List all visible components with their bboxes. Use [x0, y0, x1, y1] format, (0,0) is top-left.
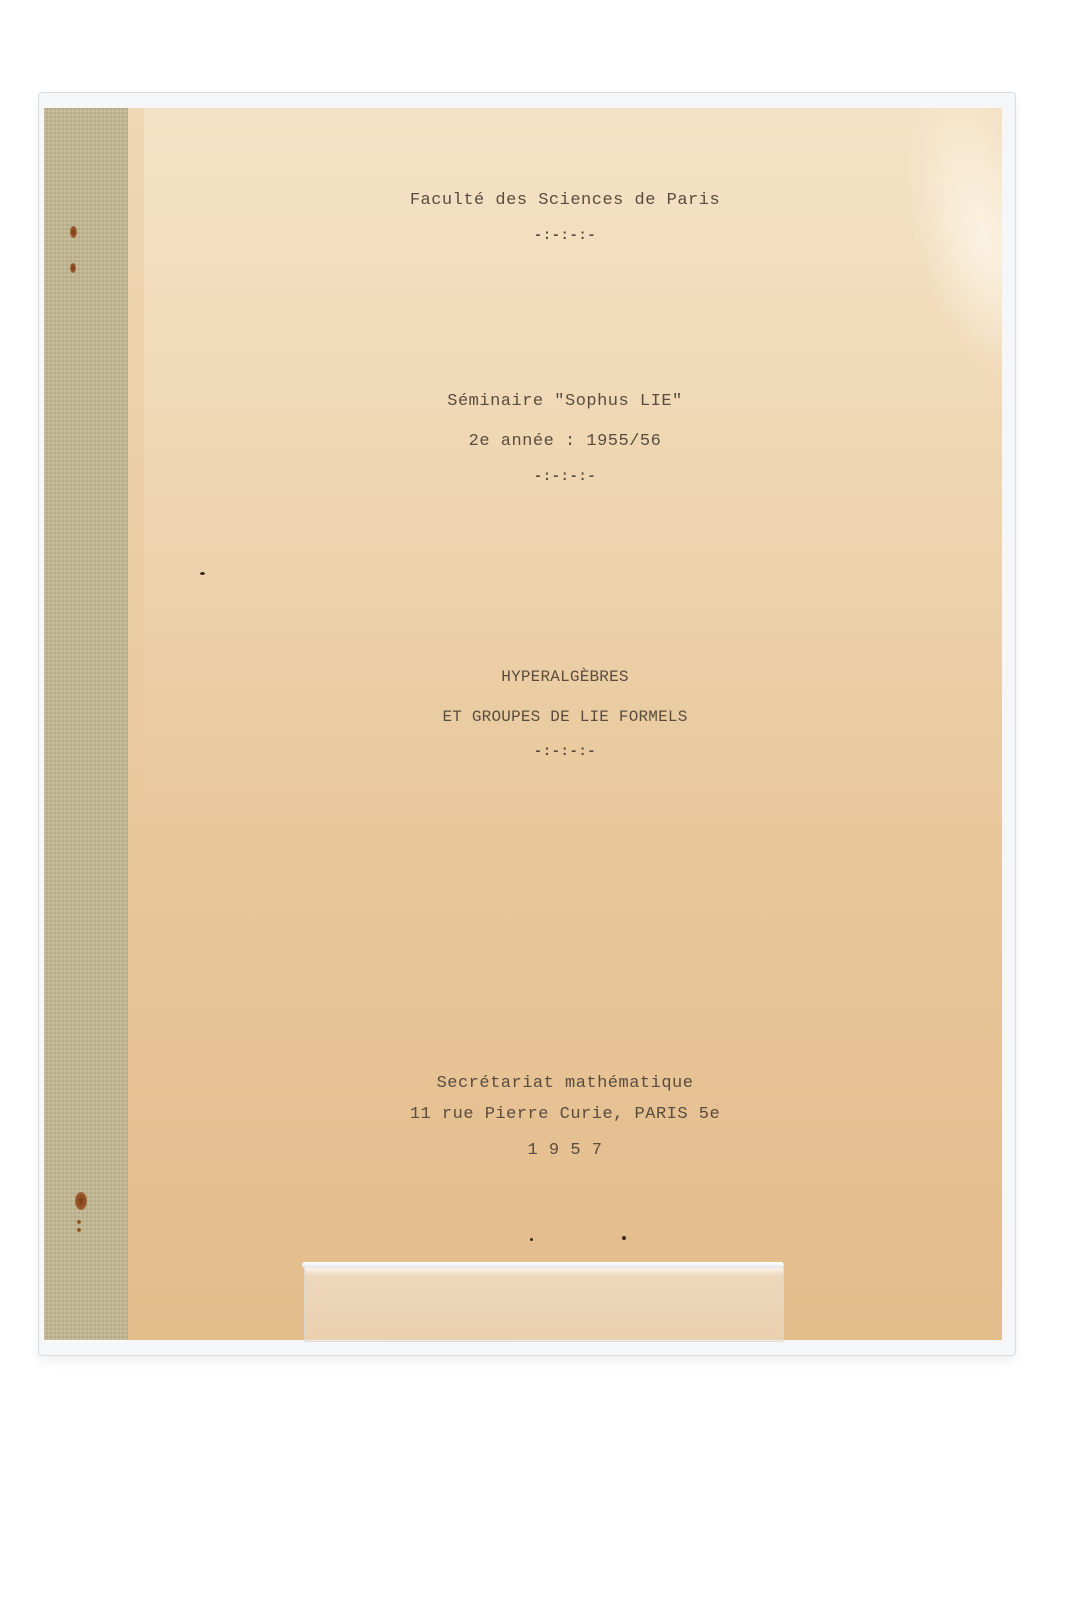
title-line-1: HYPERALGÈBRES	[128, 657, 1002, 697]
publication-year: 1 9 5 7	[128, 1131, 1002, 1171]
spine-stain	[77, 1228, 81, 1232]
spine-stain	[75, 1192, 87, 1210]
title-block: HYPERALGÈBRES ET GROUPES DE LIE FORMELS …	[128, 657, 1002, 767]
booklet-cover: Faculté des Sciences de Paris -:-:-:- Sé…	[44, 108, 1002, 1340]
institution-block: Faculté des Sciences de Paris -:-:-:-	[128, 181, 1002, 251]
spine-stain	[70, 263, 76, 273]
acrylic-stand-lip	[302, 1262, 784, 1268]
spine-stain	[77, 1220, 81, 1224]
publisher-block: Secrétariat mathématique 11 rue Pierre C…	[128, 1069, 1002, 1171]
spine-stain	[70, 226, 77, 238]
seminar-block: Séminaire "Sophus LIE" 2e année : 1955/5…	[128, 382, 1002, 492]
institution-name: Faculté des Sciences de Paris	[128, 181, 1002, 221]
paper-speck	[622, 1236, 626, 1240]
title-line-2: ET GROUPES DE LIE FORMELS	[128, 697, 1002, 737]
seminar-name: Séminaire "Sophus LIE"	[128, 382, 1002, 422]
cloth-spine	[44, 108, 128, 1340]
separator: -:-:-:-	[128, 221, 1002, 251]
photo-scene: Faculté des Sciences de Paris -:-:-:- Sé…	[0, 0, 1067, 1600]
seminar-year: 2e année : 1955/56	[128, 422, 1002, 462]
publisher-name: Secrétariat mathématique	[128, 1069, 1002, 1099]
separator: -:-:-:-	[128, 737, 1002, 767]
paper-speck	[530, 1238, 533, 1241]
separator: -:-:-:-	[128, 462, 1002, 492]
paper-speck	[200, 572, 205, 575]
publisher-address: 11 rue Pierre Curie, PARIS 5e	[128, 1099, 1002, 1131]
acrylic-display-stand	[304, 1266, 784, 1342]
